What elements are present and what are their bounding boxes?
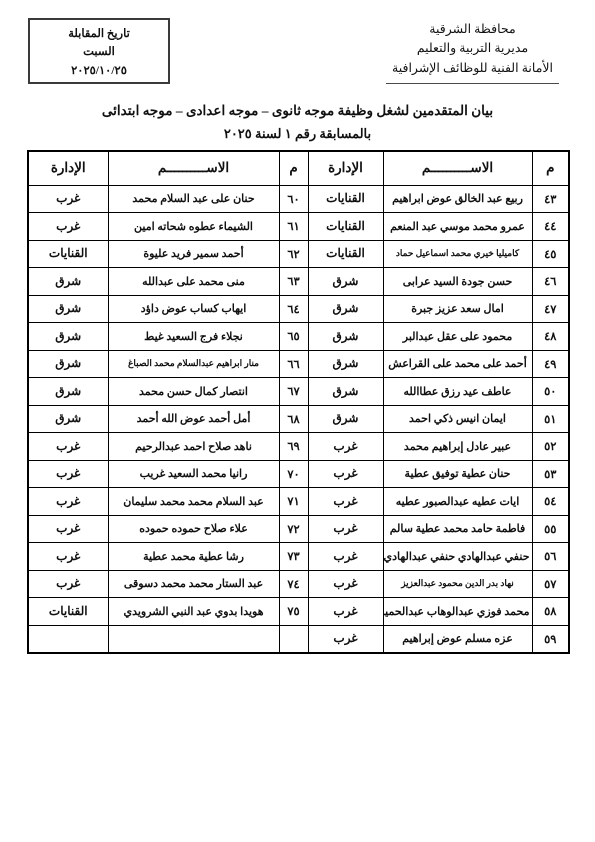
name-cell: رانيا محمد السعيد غريب xyxy=(108,460,279,488)
admin-cell: غرب xyxy=(28,488,108,516)
page-title: بيان المتقدمين لشغل وظيفة موجه ثانوى – م… xyxy=(0,103,595,142)
admin-cell: شرق xyxy=(28,378,108,406)
admin-cell: شرق xyxy=(308,350,383,378)
name-cell: حسن جودة السيد عرابى xyxy=(383,268,532,296)
column-header-name: الاســــــــــم xyxy=(108,151,279,185)
applicants-table-body: ٤٣ربيع عبد الخالق عوض ابراهيمالقنايات٦٠ح… xyxy=(28,185,569,653)
applicants-table: م الاســــــــــم الإدارة م الاســــــــ… xyxy=(27,150,570,654)
admin-cell: غرب xyxy=(28,515,108,543)
name-cell: أمل أحمد عوض الله أحمد xyxy=(108,405,279,433)
serial-cell: ٦٤ xyxy=(279,295,308,323)
serial-cell: ٥١ xyxy=(532,405,569,433)
column-header-serial: م xyxy=(279,151,308,185)
name-cell: عبير عادل إبراهيم محمد xyxy=(383,433,532,461)
name-cell: نهاد بدر الدين محمود عبدالعزيز xyxy=(383,570,532,598)
org-governorate: محافظة الشرقية xyxy=(392,20,553,39)
name-cell: نجلاء فرج السعيد غيط xyxy=(108,323,279,351)
serial-cell: ٧٢ xyxy=(279,515,308,543)
serial-cell: ٦٦ xyxy=(279,350,308,378)
serial-cell: ٧٤ xyxy=(279,570,308,598)
serial-cell: ٥٥ xyxy=(532,515,569,543)
admin-cell: غرب xyxy=(308,433,383,461)
table-row: ٥٥فاطمة حامد محمد عطية سالمغرب٧٢علاء صلا… xyxy=(28,515,569,543)
interview-date: ٢٠٢٥/١٠/٢٥ xyxy=(30,62,168,80)
serial-cell: ٤٦ xyxy=(532,268,569,296)
serial-cell: ٦٢ xyxy=(279,240,308,268)
interview-date-label: تاريخ المقابلة xyxy=(30,25,168,43)
org-directorate: مديرية التربية والتعليم xyxy=(392,39,553,58)
serial-cell: ٥٠ xyxy=(532,378,569,406)
admin-cell: شرق xyxy=(308,268,383,296)
table-row: ٥٣حنان عطية توفيق عطيةغرب٧٠رانيا محمد ال… xyxy=(28,460,569,488)
serial-cell: ٥٣ xyxy=(532,460,569,488)
table-row: ٥٦حنفي عبدالهادي حنفي عبدالهاديغرب٧٣رشا … xyxy=(28,543,569,571)
table-row: ٤٣ربيع عبد الخالق عوض ابراهيمالقنايات٦٠ح… xyxy=(28,185,569,213)
serial-cell: ٤٣ xyxy=(532,185,569,213)
column-header-serial: م xyxy=(532,151,569,185)
table-row: ٥٠عاطف عيد رزق عطااللهشرق٦٧انتصار كمال ح… xyxy=(28,378,569,406)
table-row: ٥٧نهاد بدر الدين محمود عبدالعزيزغرب٧٤عبد… xyxy=(28,570,569,598)
name-cell: امال سعد عزيز جبرة xyxy=(383,295,532,323)
admin-cell: شرق xyxy=(28,268,108,296)
title-line-2: بالمسابقة رقم ١ لسنة ٢٠٢٥ xyxy=(0,126,595,142)
column-header-admin: الإدارة xyxy=(308,151,383,185)
name-cell: عبد السلام محمد محمد سليمان xyxy=(108,488,279,516)
table-row: ٥٨محمد فوزي عبدالوهاب عبدالحميدغرب٧٥هويد… xyxy=(28,598,569,626)
name-cell: منار ابراهيم عبدالسلام محمد الصباغ xyxy=(108,350,279,378)
admin-cell: القنايات xyxy=(28,240,108,268)
admin-cell: غرب xyxy=(308,570,383,598)
serial-cell: ٦٨ xyxy=(279,405,308,433)
name-cell: ايمان انيس ذكي احمد xyxy=(383,405,532,433)
admin-cell: شرق xyxy=(28,323,108,351)
name-cell: هويدا بدوي عبد النبي الشرويدي xyxy=(108,598,279,626)
admin-cell: القنايات xyxy=(308,240,383,268)
admin-cell: شرق xyxy=(308,295,383,323)
serial-cell: ٦٥ xyxy=(279,323,308,351)
name-cell: حنفي عبدالهادي حنفي عبدالهادي xyxy=(383,543,532,571)
name-cell: الشيماء عطوه شحاته امين xyxy=(108,213,279,241)
table-row: ٥١ايمان انيس ذكي احمدشرق٦٨أمل أحمد عوض ا… xyxy=(28,405,569,433)
name-cell: محمد فوزي عبدالوهاب عبدالحميد xyxy=(383,598,532,626)
serial-cell: ٧٥ xyxy=(279,598,308,626)
serial-cell: ٦٧ xyxy=(279,378,308,406)
serial-cell: ٦٣ xyxy=(279,268,308,296)
serial-cell: ٤٥ xyxy=(532,240,569,268)
serial-cell: ٤٨ xyxy=(532,323,569,351)
name-cell: حنان على عبد السلام محمد xyxy=(108,185,279,213)
name-cell: ناهد صلاح احمد عبدالرحيم xyxy=(108,433,279,461)
table-row: ٤٩أحمد على محمد على القراعششرق٦٦منار ابر… xyxy=(28,350,569,378)
admin-cell xyxy=(28,625,108,653)
admin-cell: شرق xyxy=(28,405,108,433)
name-cell: رشا عطية محمد عطية xyxy=(108,543,279,571)
name-cell: ربيع عبد الخالق عوض ابراهيم xyxy=(383,185,532,213)
org-header: محافظة الشرقية مديرية التربية والتعليم ا… xyxy=(386,20,559,84)
admin-cell: شرق xyxy=(28,295,108,323)
column-header-name: الاســــــــــم xyxy=(383,151,532,185)
serial-cell: ٦٠ xyxy=(279,185,308,213)
admin-cell: شرق xyxy=(28,350,108,378)
serial-cell: ٧٠ xyxy=(279,460,308,488)
name-cell: محمود على عقل عبدالبر xyxy=(383,323,532,351)
admin-cell: غرب xyxy=(308,488,383,516)
title-line-1: بيان المتقدمين لشغل وظيفة موجه ثانوى – م… xyxy=(0,103,595,119)
admin-cell: شرق xyxy=(308,378,383,406)
serial-cell: ٥٧ xyxy=(532,570,569,598)
table-row: ٥٤ايات عطيه عبدالصبور عطيهغرب٧١عبد السلا… xyxy=(28,488,569,516)
admin-cell: غرب xyxy=(28,185,108,213)
name-cell: منى محمد على عبدالله xyxy=(108,268,279,296)
org-secretariat: الأمانة الفنية للوظائف الإشرافية xyxy=(392,59,553,78)
serial-cell: ٦١ xyxy=(279,213,308,241)
admin-cell: غرب xyxy=(308,625,383,653)
admin-cell: غرب xyxy=(28,543,108,571)
name-cell: أحمد على محمد على القراعش xyxy=(383,350,532,378)
serial-cell: ٤٧ xyxy=(532,295,569,323)
admin-cell: شرق xyxy=(308,323,383,351)
name-cell: عاطف عيد رزق عطاالله xyxy=(383,378,532,406)
table-row: ٤٦حسن جودة السيد عرابىشرق٦٣منى محمد على … xyxy=(28,268,569,296)
admin-cell: القنايات xyxy=(308,213,383,241)
name-cell: علاء صلاح حموده حموده xyxy=(108,515,279,543)
serial-cell: ٤٤ xyxy=(532,213,569,241)
serial-cell: ٥٦ xyxy=(532,543,569,571)
name-cell: ايات عطيه عبدالصبور عطيه xyxy=(383,488,532,516)
table-header-row: م الاســــــــــم الإدارة م الاســــــــ… xyxy=(28,151,569,185)
admin-cell: غرب xyxy=(28,570,108,598)
serial-cell: ٧١ xyxy=(279,488,308,516)
name-cell: انتصار كمال حسن محمد xyxy=(108,378,279,406)
name-cell: كاميليا خيري محمد اسماعيل حماد xyxy=(383,240,532,268)
interview-day: السبت xyxy=(30,43,168,61)
serial-cell: ٥٢ xyxy=(532,433,569,461)
admin-cell: غرب xyxy=(28,460,108,488)
serial-cell: ٥٨ xyxy=(532,598,569,626)
table-row: ٤٨محمود على عقل عبدالبرشرق٦٥نجلاء فرج ال… xyxy=(28,323,569,351)
name-cell: عزه مسلم عوض إبراهيم xyxy=(383,625,532,653)
table-row: ٤٧امال سعد عزيز جبرةشرق٦٤ايهاب كساب عوض … xyxy=(28,295,569,323)
table-row: ٥٩عزه مسلم عوض إبراهيمغرب xyxy=(28,625,569,653)
name-cell: عمرو محمد موسي عبد المنعم xyxy=(383,213,532,241)
name-cell: ايهاب كساب عوض داؤد xyxy=(108,295,279,323)
serial-cell: ٥٩ xyxy=(532,625,569,653)
column-header-admin: الإدارة xyxy=(28,151,108,185)
admin-cell: غرب xyxy=(28,213,108,241)
serial-cell xyxy=(279,625,308,653)
name-cell xyxy=(108,625,279,653)
name-cell: حنان عطية توفيق عطية xyxy=(383,460,532,488)
admin-cell: غرب xyxy=(308,598,383,626)
interview-date-box: تاريخ المقابلة السبت ٢٠٢٥/١٠/٢٥ xyxy=(28,18,170,84)
admin-cell: غرب xyxy=(308,543,383,571)
table-row: ٤٤عمرو محمد موسي عبد المنعمالقنايات٦١الش… xyxy=(28,213,569,241)
name-cell: أحمد سمير فريد عليوة xyxy=(108,240,279,268)
serial-cell: ٧٣ xyxy=(279,543,308,571)
admin-cell: القنايات xyxy=(308,185,383,213)
admin-cell: غرب xyxy=(308,515,383,543)
admin-cell: شرق xyxy=(308,405,383,433)
admin-cell: غرب xyxy=(28,433,108,461)
serial-cell: ٦٩ xyxy=(279,433,308,461)
name-cell: عبد الستار محمد محمد دسوقى xyxy=(108,570,279,598)
admin-cell: القنايات xyxy=(28,598,108,626)
document-page: تاريخ المقابلة السبت ٢٠٢٥/١٠/٢٥ محافظة ا… xyxy=(0,0,595,842)
serial-cell: ٤٩ xyxy=(532,350,569,378)
table-row: ٥٢عبير عادل إبراهيم محمدغرب٦٩ناهد صلاح ا… xyxy=(28,433,569,461)
serial-cell: ٥٤ xyxy=(532,488,569,516)
name-cell: فاطمة حامد محمد عطية سالم xyxy=(383,515,532,543)
admin-cell: غرب xyxy=(308,460,383,488)
table-row: ٤٥كاميليا خيري محمد اسماعيل حمادالقنايات… xyxy=(28,240,569,268)
